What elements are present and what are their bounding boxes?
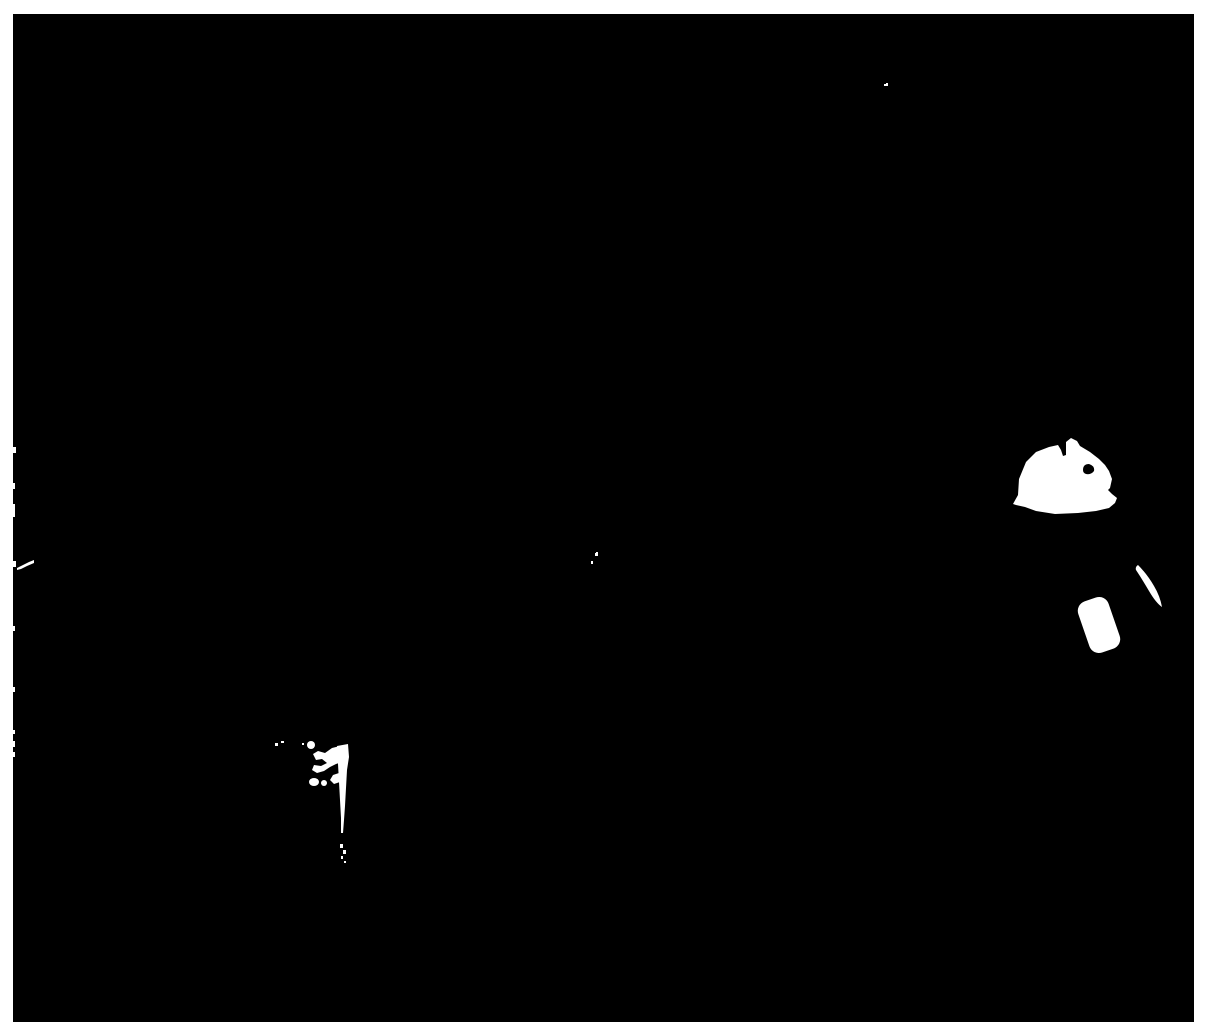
noise-speck-2 <box>281 741 284 743</box>
splash-blob-c <box>321 780 327 786</box>
noise-speck-3 <box>302 743 304 745</box>
edge-tick-9 <box>13 752 15 757</box>
binary-mask-image <box>0 0 1208 1036</box>
splash-dot-2 <box>343 850 346 854</box>
edge-tick-7 <box>13 730 15 734</box>
splash-dot-3 <box>341 856 343 859</box>
edge-tick-3 <box>13 504 15 517</box>
splash-blob-b <box>309 778 319 786</box>
edge-tick-6 <box>13 687 15 692</box>
edge-tick-8 <box>13 741 15 747</box>
edge-tick-5 <box>13 626 15 631</box>
speck-center-2 <box>591 561 593 564</box>
edge-tick-4 <box>13 561 16 567</box>
edge-tick-2 <box>13 483 15 489</box>
edge-tick-1 <box>13 447 16 453</box>
noise-speck-1 <box>275 743 278 746</box>
splash-dot-4 <box>344 861 346 863</box>
splash-blob-a <box>307 741 315 749</box>
mask-canvas <box>13 14 1194 1022</box>
splash-dot-1 <box>340 844 343 848</box>
binary-mask-figure <box>0 0 1208 1036</box>
